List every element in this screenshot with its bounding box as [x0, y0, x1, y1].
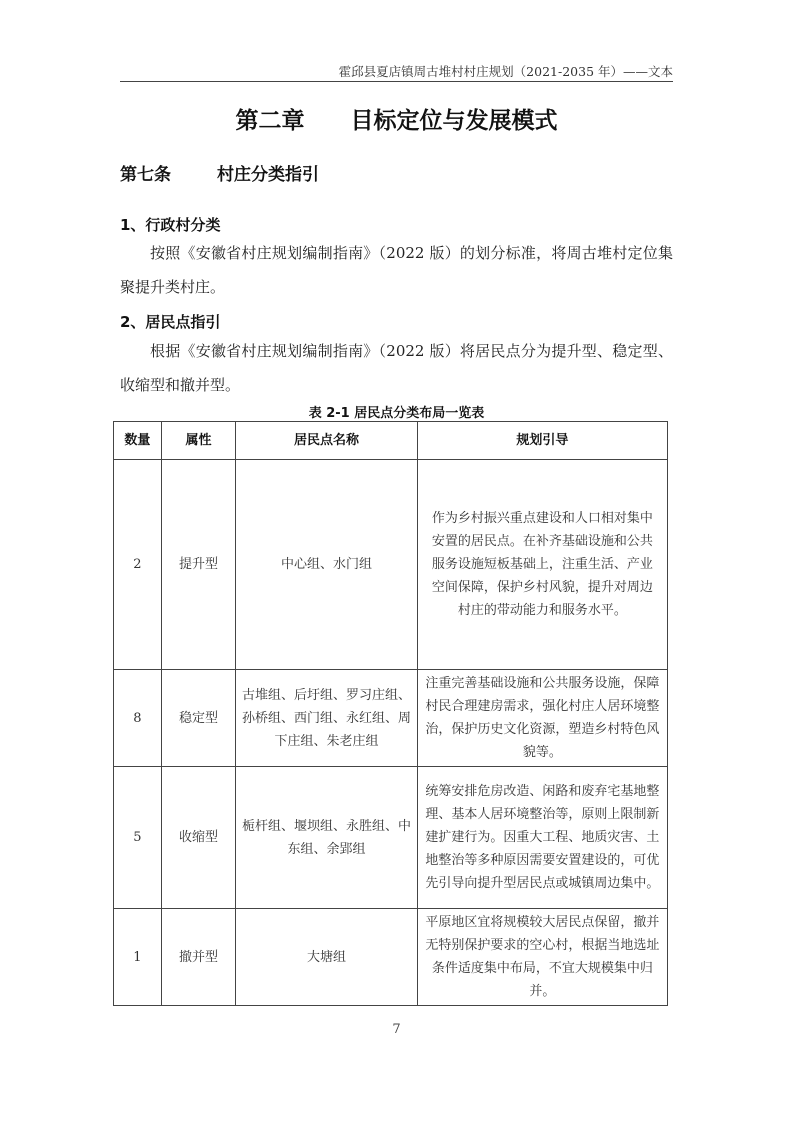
- article-number: 第七条: [120, 165, 171, 185]
- header-type: 属性: [161, 422, 235, 460]
- cell-type: 稳定型: [161, 670, 235, 767]
- cell-guide: 注重完善基础设施和公共服务设施，保障村民合理建房需求，强化村庄人居环境整治，保护…: [417, 670, 667, 767]
- header-count: 数量: [114, 422, 162, 460]
- chapter-name: 目标定位与发展模式: [351, 108, 558, 134]
- cell-names: 中心组、水门组: [236, 460, 418, 670]
- table-row: 5 收缩型 栀杆组、堰坝组、永胜组、中东组、余郢组 统筹安排危房改造、闲路和废弃…: [114, 767, 668, 909]
- table-caption: 表 2-1 居民点分类布局一览表: [0, 402, 793, 421]
- cell-names: 栀杆组、堰坝组、永胜组、中东组、余郢组: [236, 767, 418, 909]
- cell-count: 1: [114, 909, 162, 1006]
- cell-guide: 作为乡村振兴重点建设和人口相对集中安置的居民点。在补齐基础设施和公共服务设施短板…: [417, 460, 667, 670]
- cell-names: 大塘组: [236, 909, 418, 1006]
- table-row: 2 提升型 中心组、水门组 作为乡村振兴重点建设和人口相对集中安置的居民点。在补…: [114, 460, 668, 670]
- cell-type: 撤并型: [161, 909, 235, 1006]
- chapter-title: 第二章目标定位与发展模式: [0, 102, 793, 135]
- page-number: 7: [0, 1022, 793, 1037]
- table-header-row: 数量 属性 居民点名称 规划引导: [114, 422, 668, 460]
- header-names: 居民点名称: [236, 422, 418, 460]
- chapter-number: 第二章: [236, 108, 305, 134]
- section-paragraph-1: 按照《安徽省村庄规划编制指南》（2022 版）的划分标准，将周古堆村定位集聚提升…: [120, 236, 673, 304]
- section-heading-2: 2、居民点指引: [120, 311, 220, 332]
- settlement-table: 数量 属性 居民点名称 规划引导 2 提升型 中心组、水门组 作为乡村振兴重点建…: [113, 421, 668, 1006]
- cell-guide: 平原地区宜将规模较大居民点保留，撤并无特别保护要求的空心村，根据当地选址条件适度…: [417, 909, 667, 1006]
- cell-type: 收缩型: [161, 767, 235, 909]
- running-header: 霍邱县夏店镇周古堆村村庄规划（2021-2035 年）——文本: [120, 62, 673, 80]
- table-row: 8 稳定型 古堆组、后圩组、罗习庄组、孙桥组、西门组、永红组、周下庄组、朱老庄组…: [114, 670, 668, 767]
- section-paragraph-2: 根据《安徽省村庄规划编制指南》（2022 版）将居民点分为提升型、稳定型、收缩型…: [120, 334, 673, 402]
- table-row: 1 撤并型 大塘组 平原地区宜将规模较大居民点保留，撤并无特别保护要求的空心村，…: [114, 909, 668, 1006]
- article-title: 村庄分类指引: [217, 165, 319, 185]
- cell-guide: 统筹安排危房改造、闲路和废弃宅基地整理、基本人居环境整治等，原则上限制新建扩建行…: [417, 767, 667, 909]
- cell-type: 提升型: [161, 460, 235, 670]
- cell-names: 古堆组、后圩组、罗习庄组、孙桥组、西门组、永红组、周下庄组、朱老庄组: [236, 670, 418, 767]
- header-divider: [120, 81, 673, 82]
- header-guide: 规划引导: [417, 422, 667, 460]
- cell-count: 8: [114, 670, 162, 767]
- cell-count: 2: [114, 460, 162, 670]
- cell-count: 5: [114, 767, 162, 909]
- section-heading-1: 1、行政村分类: [120, 214, 220, 235]
- article-heading: 第七条村庄分类指引: [120, 160, 319, 185]
